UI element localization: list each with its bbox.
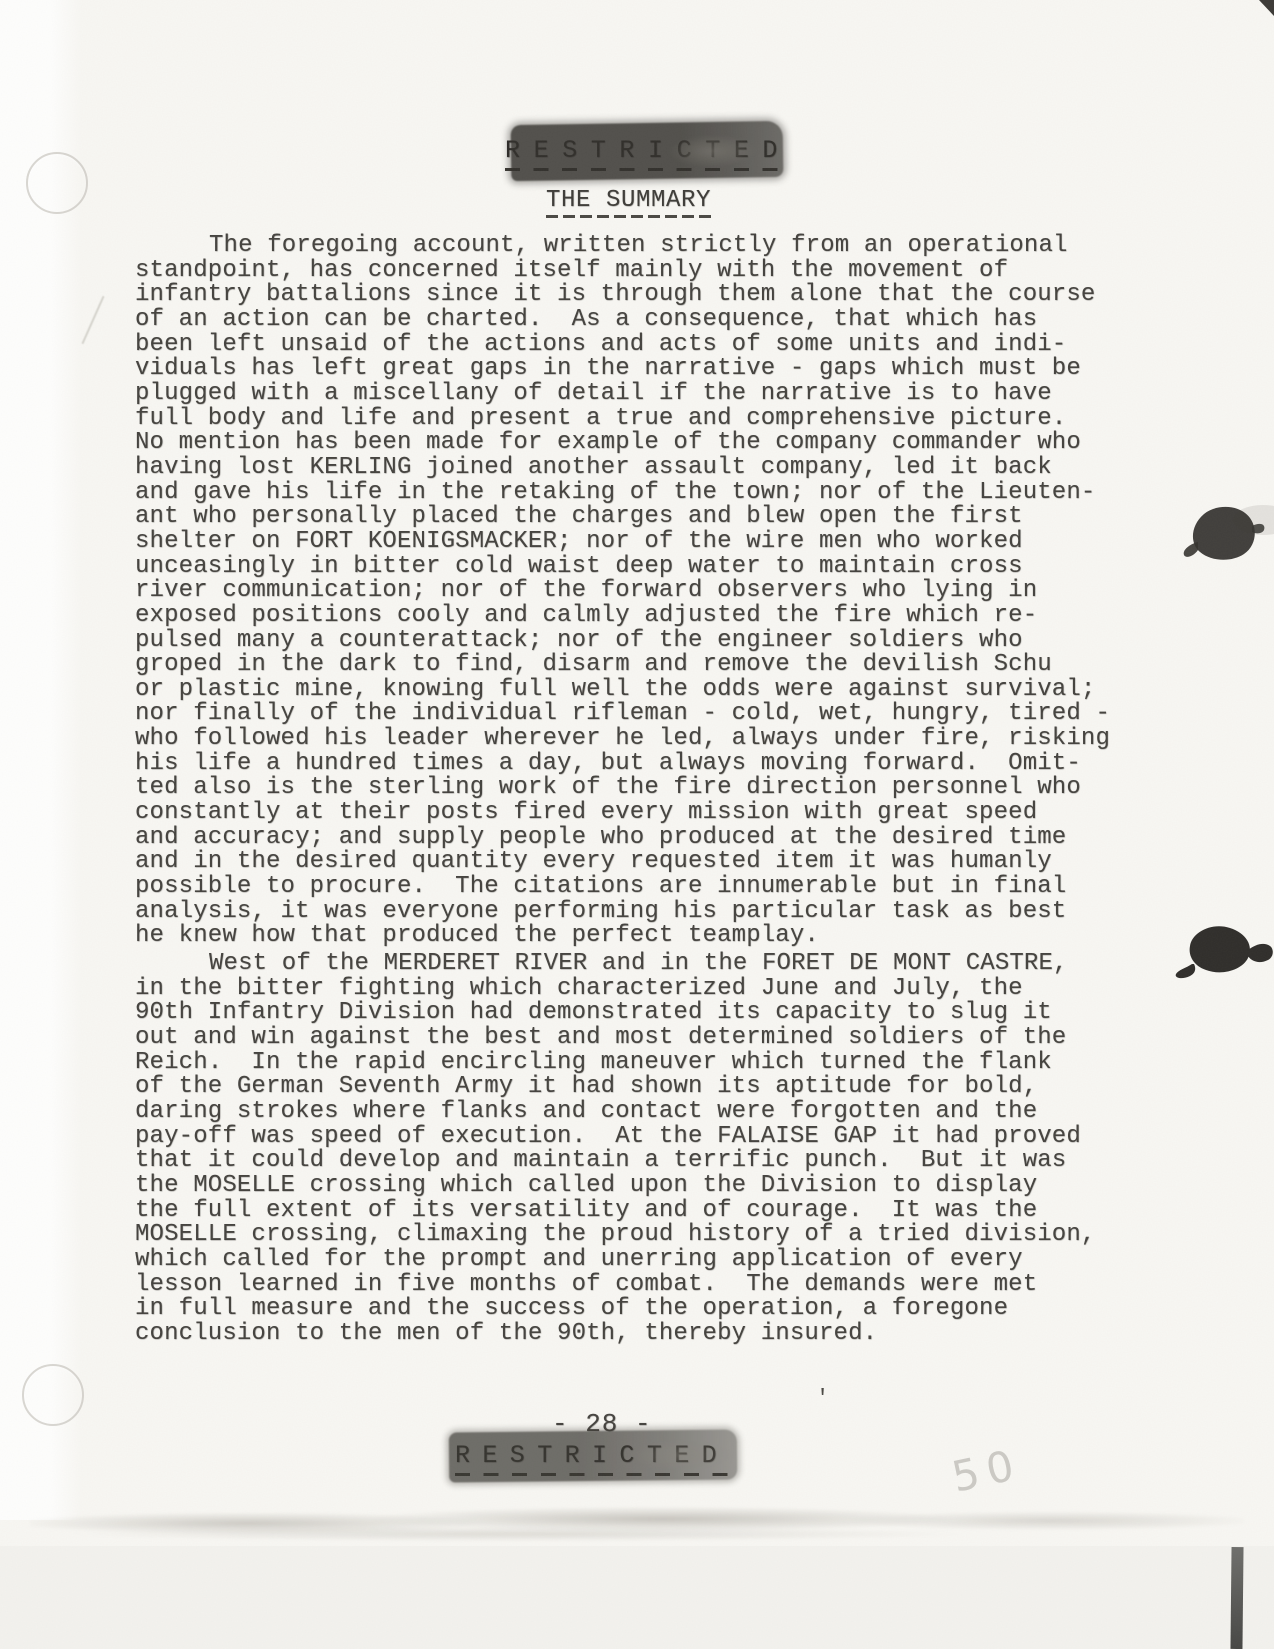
text-line: in the bitter fighting which characteriz… <box>135 977 1095 1002</box>
header-classification-stamp: RESTRICTED <box>505 136 791 171</box>
text-line: river communication; nor of the forward … <box>135 579 1110 604</box>
text-line: and accuracy; and supply people who prod… <box>135 826 1110 851</box>
text-line: out and win against the best and most de… <box>135 1026 1095 1051</box>
paper-crease <box>82 296 105 344</box>
text-line: 90th Infantry Division had demonstrated … <box>135 1001 1095 1026</box>
text-line: who followed his leader wherever he led,… <box>135 727 1110 752</box>
text-line: ant who personally placed the charges an… <box>135 505 1110 530</box>
text-line: lesson learned in five months of combat.… <box>135 1273 1095 1298</box>
stray-ink-mark: ' <box>816 1386 829 1411</box>
text-line: unceasingly in bitter cold waist deep wa… <box>135 555 1110 580</box>
text-line: nor finally of the individual rifleman -… <box>135 702 1110 727</box>
text-line: been left unsaid of the actions and acts… <box>135 333 1110 358</box>
classification-text: RESTRICTED <box>455 1441 729 1476</box>
text-line: his life a hundred times a day, but alwa… <box>135 752 1110 777</box>
text-line: he knew how that produced the perfect te… <box>135 924 1110 949</box>
text-line: the MOSELLE crossing which called upon t… <box>135 1174 1095 1199</box>
text-line: viduals has left great gaps in the narra… <box>135 357 1110 382</box>
text-line: conclusion to the men of the 90th, there… <box>135 1322 1095 1347</box>
punch-hole <box>22 1364 84 1426</box>
text-line: and gave his life in the retaking of the… <box>135 481 1110 506</box>
text-line: MOSELLE crossing, climaxing the proud hi… <box>135 1223 1095 1248</box>
ink-blot-icon <box>1168 498 1274 578</box>
paragraph: The foregoing account, written strictly … <box>135 234 1110 949</box>
classification-text: RESTRICTED <box>505 136 791 171</box>
text-line: pulsed many a counterattack; nor of the … <box>135 629 1110 654</box>
text-line: constantly at their posts fired every mi… <box>135 801 1110 826</box>
text-line: having lost KERLING joined another assau… <box>135 456 1110 481</box>
scanned-document-page: RESTRICTED THE SUMMARY The foregoing acc… <box>0 0 1274 1649</box>
text-line: that it could develop and maintain a ter… <box>135 1149 1095 1174</box>
text-line: which called for the prompt and unerring… <box>135 1248 1095 1273</box>
page-number: - 28 - <box>552 1410 652 1438</box>
text-line: The foregoing account, written strictly … <box>135 234 1110 259</box>
text-line: West of the MERDERET RIVER and in the FO… <box>135 952 1095 977</box>
text-line: standpoint, has concerned itself mainly … <box>135 259 1110 284</box>
binder-bar <box>1230 1547 1243 1649</box>
text-line: Reich. In the rapid encircling maneuver … <box>135 1051 1095 1076</box>
text-line: or plastic mine, knowing full well the o… <box>135 678 1110 703</box>
text-line: of an action can be charted. As a conseq… <box>135 308 1110 333</box>
paper-edge-shadow <box>30 1486 1244 1546</box>
text-line: shelter on FORT KOENIGSMACKER; nor of th… <box>135 530 1110 555</box>
footer-classification-stamp: RESTRICTED <box>455 1441 729 1476</box>
text-line: and in the desired quantity every reques… <box>135 850 1110 875</box>
text-line: groped in the dark to find, disarm and r… <box>135 653 1110 678</box>
text-line: full body and life and present a true an… <box>135 407 1110 432</box>
text-line: daring strokes where flanks and contact … <box>135 1100 1095 1125</box>
text-line: ted also is the sterling work of the fir… <box>135 776 1110 801</box>
text-line: of the German Seventh Army it had shown … <box>135 1075 1095 1100</box>
scan-bottom-edge <box>0 1546 1274 1649</box>
scan-left-edge <box>0 0 82 1520</box>
paragraph: West of the MERDERET RIVER and in the FO… <box>135 952 1095 1347</box>
text-line: pay-off was speed of execution. At the F… <box>135 1125 1095 1150</box>
text-line: possible to procure. The citations are i… <box>135 875 1110 900</box>
text-line: exposed positions cooly and calmly adjus… <box>135 604 1110 629</box>
ink-blot-icon <box>1162 912 1274 990</box>
page-title: THE SUMMARY <box>546 188 711 218</box>
punch-hole <box>26 152 88 214</box>
corner-ink-mark <box>1259 0 1274 16</box>
text-line: analysis, it was everyone performing his… <box>135 900 1110 925</box>
text-line: the full extent of its versatility and o… <box>135 1199 1095 1224</box>
text-line: plugged with a miscellany of detail if t… <box>135 382 1110 407</box>
text-line: in full measure and the success of the o… <box>135 1297 1095 1322</box>
text-line: No mention has been made for example of … <box>135 431 1110 456</box>
text-line: infantry battalions since it is through … <box>135 283 1110 308</box>
